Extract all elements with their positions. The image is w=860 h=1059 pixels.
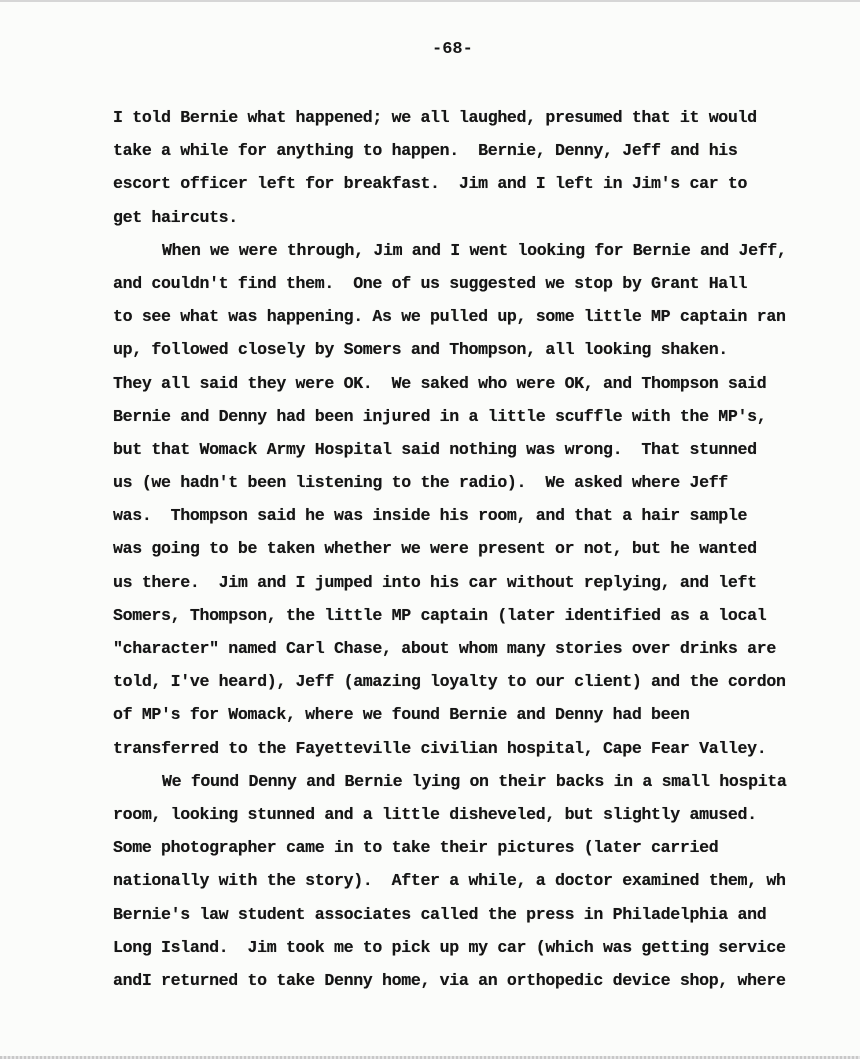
text-line: was going to be taken whether we were pr…: [113, 532, 860, 565]
text-line: and couldn't find them. One of us sugges…: [113, 267, 860, 300]
text-line: of MP's for Womack, where we found Berni…: [113, 698, 860, 731]
text-line: Long Island. Jim took me to pick up my c…: [113, 931, 860, 964]
paragraph: We found Denny and Bernie lying on their…: [113, 765, 860, 997]
text-line: up, followed closely by Somers and Thomp…: [113, 333, 860, 366]
text-line: I told Bernie what happened; we all laug…: [113, 101, 860, 134]
text-line: Some photographer came in to take their …: [113, 831, 860, 864]
text-line: was. Thompson said he was inside his roo…: [113, 499, 860, 532]
top-edge: [0, 0, 860, 2]
text-line: us (we hadn't been listening to the radi…: [113, 466, 860, 499]
text-line: transferred to the Fayetteville civilian…: [113, 732, 860, 765]
text-line: Bernie's law student associates called t…: [113, 898, 860, 931]
text-line: us there. Jim and I jumped into his car …: [113, 566, 860, 599]
text-line: They all said they were OK. We saked who…: [113, 367, 860, 400]
text-line: Bernie and Denny had been injured in a l…: [113, 400, 860, 433]
text-line: When we were through, Jim and I went loo…: [113, 234, 860, 267]
text-line: get haircuts.: [113, 201, 860, 234]
text-line: take a while for anything to happen. Ber…: [113, 134, 860, 167]
text-line: escort officer left for breakfast. Jim a…: [113, 167, 860, 200]
body-text: I told Bernie what happened; we all laug…: [113, 101, 860, 997]
text-line: "character" named Carl Chase, about whom…: [113, 632, 860, 665]
paragraph: I told Bernie what happened; we all laug…: [113, 101, 860, 234]
text-line: told, I've heard), Jeff (amazing loyalty…: [113, 665, 860, 698]
text-line: We found Denny and Bernie lying on their…: [113, 765, 860, 798]
text-line: Somers, Thompson, the little MP captain …: [113, 599, 860, 632]
paragraph: When we were through, Jim and I went loo…: [113, 234, 860, 765]
text-line: but that Womack Army Hospital said nothi…: [113, 433, 860, 466]
text-line: to see what was happening. As we pulled …: [113, 300, 860, 333]
text-line: room, looking stunned and a little dishe…: [113, 798, 860, 831]
text-line: andI returned to take Denny home, via an…: [113, 964, 860, 997]
text-line: nationally with the story). After a whil…: [113, 864, 860, 897]
page-number: -68-: [432, 40, 473, 59]
